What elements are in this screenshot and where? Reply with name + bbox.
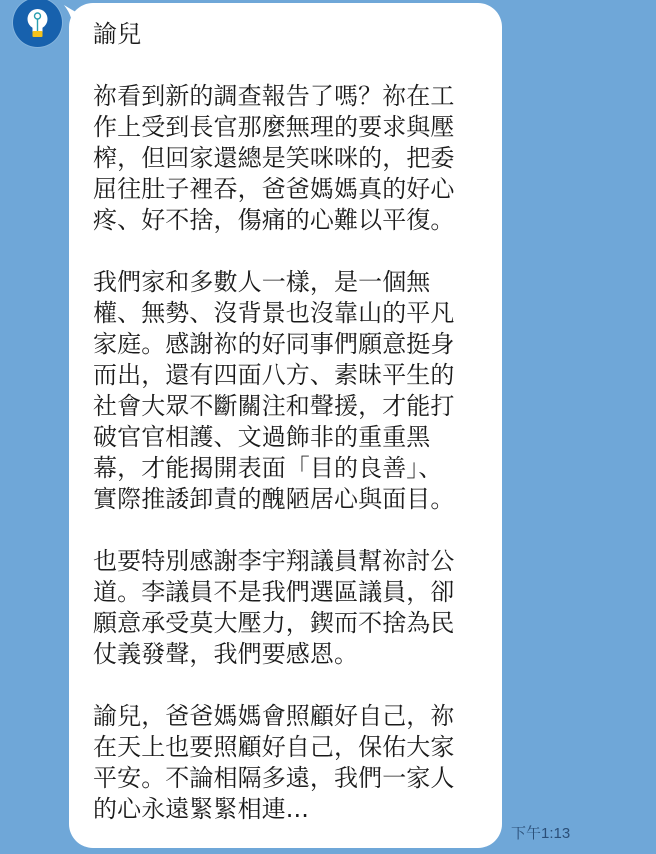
message-paragraph-4: 諭兒，爸爸媽媽會照顧好自己，祢 在天上也要照顧好自己，保佑大家 平安。不論相隔多… bbox=[93, 701, 482, 825]
text-line: 作上受到長官那麼無理的要求與壓 bbox=[93, 112, 482, 143]
message-greeting: 諭兒 bbox=[93, 19, 482, 50]
text-line: 社會大眾不斷關注和聲援，才能打 bbox=[93, 391, 482, 422]
message-timestamp: 下午1:13 bbox=[511, 822, 570, 843]
text-line: 榨，但回家還總是笑咪咪的，把委 bbox=[93, 143, 482, 174]
text-line: 我們家和多數人一樣，是一個無 bbox=[93, 267, 482, 298]
text-line: 實際推諉卸責的醜陋居心與面目。 bbox=[93, 484, 482, 515]
text-line: 平安。不論相隔多遠，我們一家人 bbox=[93, 763, 482, 794]
text-line: 而出，還有四面八方、素昧平生的 bbox=[93, 360, 482, 391]
message-paragraph-2: 我們家和多數人一樣，是一個無 權、無勢、沒背景也沒靠山的平凡 家庭。感謝祢的好同… bbox=[93, 267, 482, 515]
text-line: 道。李議員不是我們選區議員，卻 bbox=[93, 577, 482, 608]
text-line: 仗義發聲，我們要感恩。 bbox=[93, 639, 482, 670]
message-paragraph-1: 祢看到新的調查報告了嗎？祢在工 作上受到長官那麼無理的要求與壓 榨，但回家還總是… bbox=[93, 81, 482, 236]
sender-avatar[interactable] bbox=[13, 0, 62, 47]
message-paragraph-3: 也要特別感謝李宇翔議員幫祢討公 道。李議員不是我們選區議員，卻 願意承受莫大壓力… bbox=[93, 546, 482, 670]
text-line: 願意承受莫大壓力，鍥而不捨為民 bbox=[93, 608, 482, 639]
text-line: 祢看到新的調查報告了嗎？祢在工 bbox=[93, 81, 482, 112]
text-line: 在天上也要照顧好自己，保佑大家 bbox=[93, 732, 482, 763]
text-line: 破官官相護、文過飾非的重重黑 bbox=[93, 422, 482, 453]
text-line: 諭兒，爸爸媽媽會照顧好自己，祢 bbox=[93, 701, 482, 732]
text-line: 家庭。感謝祢的好同事們願意挺身 bbox=[93, 329, 482, 360]
text-line: 也要特別感謝李宇翔議員幫祢討公 bbox=[93, 546, 482, 577]
text-line: 的心永遠緊緊相連... bbox=[93, 794, 482, 825]
text-line: 疼、好不捨，傷痛的心難以平復。 bbox=[93, 205, 482, 236]
text-line: 屈往肚子裡吞，爸爸媽媽真的好心 bbox=[93, 174, 482, 205]
message-bubble[interactable]: 諭兒 祢看到新的調查報告了嗎？祢在工 作上受到長官那麼無理的要求與壓 榨，但回家… bbox=[69, 3, 502, 848]
text-line: 權、無勢、沒背景也沒靠山的平凡 bbox=[93, 298, 482, 329]
lightbulb-icon bbox=[13, 0, 62, 47]
message-text: 諭兒 祢看到新的調查報告了嗎？祢在工 作上受到長官那麼無理的要求與壓 榨，但回家… bbox=[93, 19, 482, 825]
text-line: 幕，才能揭開表面「目的良善」、 bbox=[93, 453, 482, 484]
